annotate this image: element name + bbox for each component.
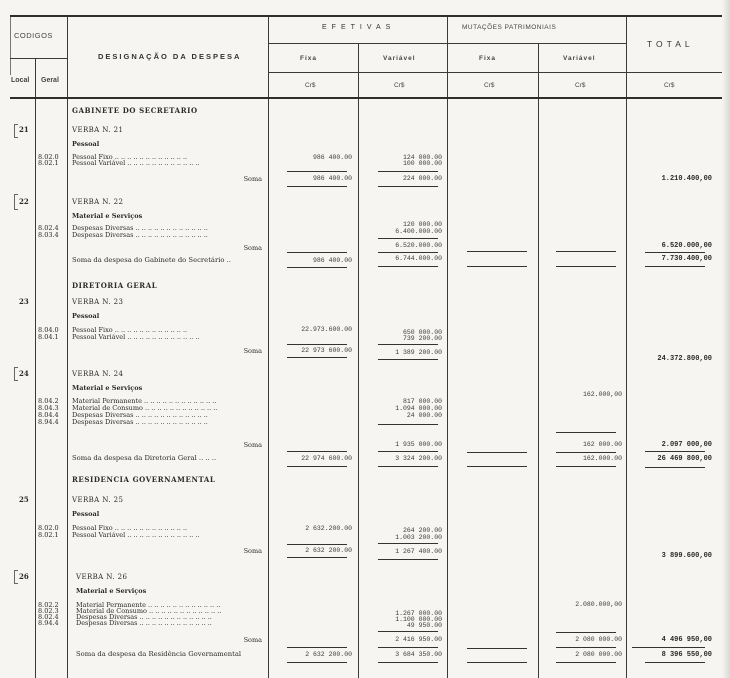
grid-line xyxy=(268,72,722,73)
ef-var-section-total: 3 324 200.00 xyxy=(395,455,442,462)
underline xyxy=(467,251,527,252)
ef-var-value: 1.003 200.00 xyxy=(395,534,442,541)
section-title: RESIDENCIA GOVERNAMENTAL xyxy=(72,476,215,484)
ef-fixa-soma: 986 400.00 xyxy=(313,175,352,182)
verba-title: VERBA N. 24 xyxy=(72,370,123,378)
ef-var-value: 49 950.00 xyxy=(407,622,442,629)
underline xyxy=(632,647,705,648)
grid-line xyxy=(67,15,68,678)
underline xyxy=(287,357,347,358)
underline xyxy=(556,466,616,467)
ef-fixa-soma: 2 632 200.00 xyxy=(305,547,352,554)
efetivas-header: EFETIVAS xyxy=(322,24,395,32)
underline xyxy=(556,432,616,433)
mut-var-section-total: 2 080 000.00 xyxy=(575,651,622,658)
currency-label: Cr$ xyxy=(575,82,585,90)
ef-fixa-section-total: 22 974 600.00 xyxy=(301,455,352,462)
ef-var-soma: 224 000.00 xyxy=(403,175,442,182)
local-header: Local xyxy=(11,77,29,85)
mutacoes-fixa-header: Fixa xyxy=(479,55,496,63)
designacao-header: DESIGNAÇÃO DA DESPESA xyxy=(98,53,241,61)
soma-label: Soma xyxy=(244,441,262,449)
codigos-header: CODIGOS xyxy=(14,32,53,40)
item-code: 8.03.4 xyxy=(38,232,59,239)
ef-var-soma: 1 935 000.00 xyxy=(395,441,442,448)
soma-label: Soma xyxy=(244,347,262,355)
underline xyxy=(378,186,438,187)
verba-title: VERBA N. 25 xyxy=(72,496,123,504)
underline xyxy=(556,647,616,648)
section-grand-total: 26 469 800,00 xyxy=(657,455,712,463)
section-total-label: Soma da despesa da Residência Governamen… xyxy=(76,651,241,658)
item-label: Pessoal Variável .. .. .. .. .. .. .. ..… xyxy=(72,532,200,539)
underline xyxy=(378,662,438,663)
grid-line xyxy=(268,15,269,678)
mutacoes-header: MUTAÇÕES PATRIMONIAIS xyxy=(462,24,556,32)
ef-var-section-total: 3 684 350.00 xyxy=(395,651,442,658)
ef-var-value: 100 000.00 xyxy=(403,160,442,167)
grid-line xyxy=(35,58,36,678)
underline xyxy=(287,451,347,452)
section-title: DIRETORIA GERAL xyxy=(72,282,157,290)
underline xyxy=(287,466,347,467)
underline xyxy=(556,662,616,663)
underline xyxy=(645,266,705,267)
mut-var-soma: 2 080 000.00 xyxy=(575,636,622,643)
underline xyxy=(378,631,438,632)
underline xyxy=(378,266,438,267)
soma-label: Soma xyxy=(244,244,262,252)
item-code: 8.94.4 xyxy=(38,419,59,426)
item-code: 8.02.1 xyxy=(38,532,59,539)
geral-header: Geral xyxy=(41,77,59,85)
underline xyxy=(287,544,347,545)
ef-var-soma: 2 416 950.00 xyxy=(395,636,442,643)
underline xyxy=(645,662,705,663)
mut-var-value: 162.000,00 xyxy=(583,391,622,398)
ef-fixa-value: 986 400.00 xyxy=(313,154,352,161)
ef-var-value: 120 000.00 xyxy=(403,221,442,228)
bracket-mark xyxy=(14,194,18,210)
underline xyxy=(556,452,616,453)
ef-var-value: 264 200.00 xyxy=(403,527,442,534)
mut-var-value: 2.080.000,00 xyxy=(575,601,622,608)
ef-fixa-value: 2 632.200.00 xyxy=(305,525,352,532)
section-title: GABINETE DO SECRETARIO xyxy=(72,107,198,115)
underline xyxy=(467,452,527,453)
ef-var-value: 24 000.00 xyxy=(407,412,442,419)
underline xyxy=(378,543,438,544)
currency-label: Cr$ xyxy=(394,82,404,90)
underline xyxy=(378,559,438,560)
ef-fixa-section-total: 2 632 200.00 xyxy=(305,651,352,658)
underline xyxy=(287,557,347,558)
section-total-label: Soma da despesa do Gabinete do Secretári… xyxy=(72,257,231,264)
grid-line xyxy=(268,43,626,44)
section-grand-total: 8 396 550,00 xyxy=(662,651,712,659)
total-header: TOTAL xyxy=(647,40,694,48)
underline xyxy=(645,451,705,452)
category-label: Pessoal xyxy=(72,140,99,148)
efetivas-fixa-header: Fixa xyxy=(300,55,317,63)
underline xyxy=(287,252,347,253)
efetivas-variavel-header: Variável xyxy=(383,55,416,63)
ef-var-value: 1.094 000.00 xyxy=(395,405,442,412)
underline xyxy=(378,359,438,360)
total-value: 3 899.600,00 xyxy=(662,552,712,560)
bracket-mark xyxy=(14,124,18,138)
ef-var-section-total: 6.744.000.00 xyxy=(395,255,442,262)
local-code: 25 xyxy=(19,496,29,504)
grid-line xyxy=(447,15,448,678)
underline xyxy=(645,467,705,468)
local-code: 22 xyxy=(19,198,29,206)
verba-title: VERBA N. 22 xyxy=(72,198,123,206)
ef-var-value: 817 000.00 xyxy=(403,398,442,405)
ef-fixa-section-total: 986 400.00 xyxy=(313,257,352,264)
soma-label: Soma xyxy=(244,175,262,183)
underline xyxy=(467,662,527,663)
category-label: Material e Serviços xyxy=(76,587,146,595)
underline xyxy=(378,238,438,239)
section-total-label: Soma da despesa da Diretoria Geral .. ..… xyxy=(72,455,216,462)
underline xyxy=(287,647,347,648)
item-label: Despesas Diversas .. .. .. .. .. .. .. .… xyxy=(76,620,212,627)
currency-label: Cr$ xyxy=(305,82,315,90)
bracket-mark xyxy=(14,367,18,381)
total-value: 6.520.000,00 xyxy=(662,242,712,250)
total-value: 24.372.800,00 xyxy=(657,355,712,363)
underline xyxy=(287,171,347,172)
underline xyxy=(645,252,705,253)
item-code: 8.94.4 xyxy=(38,620,59,627)
local-code: 26 xyxy=(19,573,29,581)
underline xyxy=(467,648,527,649)
underline xyxy=(467,266,527,267)
header-top-rule xyxy=(10,15,722,17)
soma-label: Soma xyxy=(244,547,262,555)
item-code: 8.04.1 xyxy=(38,334,59,341)
item-label: Pessoal Variável .. .. .. .. .. .. .. ..… xyxy=(72,160,200,167)
item-label: Despesas Diversas .. .. .. .. .. .. .. .… xyxy=(72,419,208,426)
bracket-mark xyxy=(14,570,18,584)
ef-var-soma: 1 267 400.00 xyxy=(395,548,442,555)
underline xyxy=(378,647,438,648)
category-label: Material e Serviços xyxy=(72,384,142,392)
item-label: Pessoal Variável .. .. .. .. .. .. .. ..… xyxy=(72,334,200,341)
grid-line xyxy=(538,43,539,678)
total-value: 1.210.400,00 xyxy=(662,175,712,183)
local-code: 23 xyxy=(19,298,29,306)
mutacoes-variavel-header: Variável xyxy=(563,55,596,63)
verba-title: VERBA N. 23 xyxy=(72,298,123,306)
header-bottom-rule xyxy=(10,97,722,99)
total-value: 4 496 950,00 xyxy=(662,636,712,644)
local-code: 21 xyxy=(19,126,29,134)
underline xyxy=(378,424,438,425)
grid-line xyxy=(10,58,67,59)
grid-line xyxy=(10,15,11,75)
mut-var-section-total: 162.000.00 xyxy=(583,455,622,462)
underline xyxy=(378,466,438,467)
verba-title: VERBA N. 26 xyxy=(76,573,127,581)
ef-fixa-soma: 22 973 600.00 xyxy=(301,347,352,354)
underline xyxy=(378,451,438,452)
category-label: Material e Serviços xyxy=(72,212,142,220)
underline xyxy=(556,632,616,633)
underline xyxy=(287,662,347,663)
local-code: 24 xyxy=(19,370,29,378)
category-label: Pessoal xyxy=(72,312,99,320)
item-label: Despesas Diversas .. .. .. .. .. .. .. .… xyxy=(72,232,208,239)
underline xyxy=(556,251,616,252)
total-value: 2.097 000,00 xyxy=(662,441,712,449)
currency-label: Cr$ xyxy=(484,82,494,90)
grid-line xyxy=(358,43,359,678)
grid-line xyxy=(626,15,627,678)
underline xyxy=(378,344,438,345)
currency-label: Cr$ xyxy=(664,82,674,90)
ef-var-soma: 1 389 200.00 xyxy=(395,349,442,356)
underline xyxy=(378,171,438,172)
underline xyxy=(556,266,616,267)
soma-label: Soma xyxy=(244,636,262,644)
section-grand-total: 7.730.400,00 xyxy=(662,255,712,263)
ef-var-soma: 6.520.000.00 xyxy=(395,242,442,249)
category-label: Pessoal xyxy=(72,510,99,518)
document-page: CODIGOS Local Geral DESIGNAÇÃO DA DESPES… xyxy=(0,0,730,678)
underline xyxy=(287,267,347,268)
underline xyxy=(378,252,438,253)
verba-title: VERBA N. 21 xyxy=(72,126,123,134)
ef-var-value: 739 200.00 xyxy=(403,335,442,342)
mut-var-soma: 162 000.00 xyxy=(583,441,622,448)
item-code: 8.02.1 xyxy=(38,160,59,167)
page-edge-shadow xyxy=(722,0,730,678)
underline xyxy=(467,466,527,467)
underline xyxy=(287,186,347,187)
ef-var-value: 6.400.000.00 xyxy=(395,228,442,235)
ef-fixa-value: 22.973.600.00 xyxy=(301,326,352,333)
underline xyxy=(287,344,347,345)
